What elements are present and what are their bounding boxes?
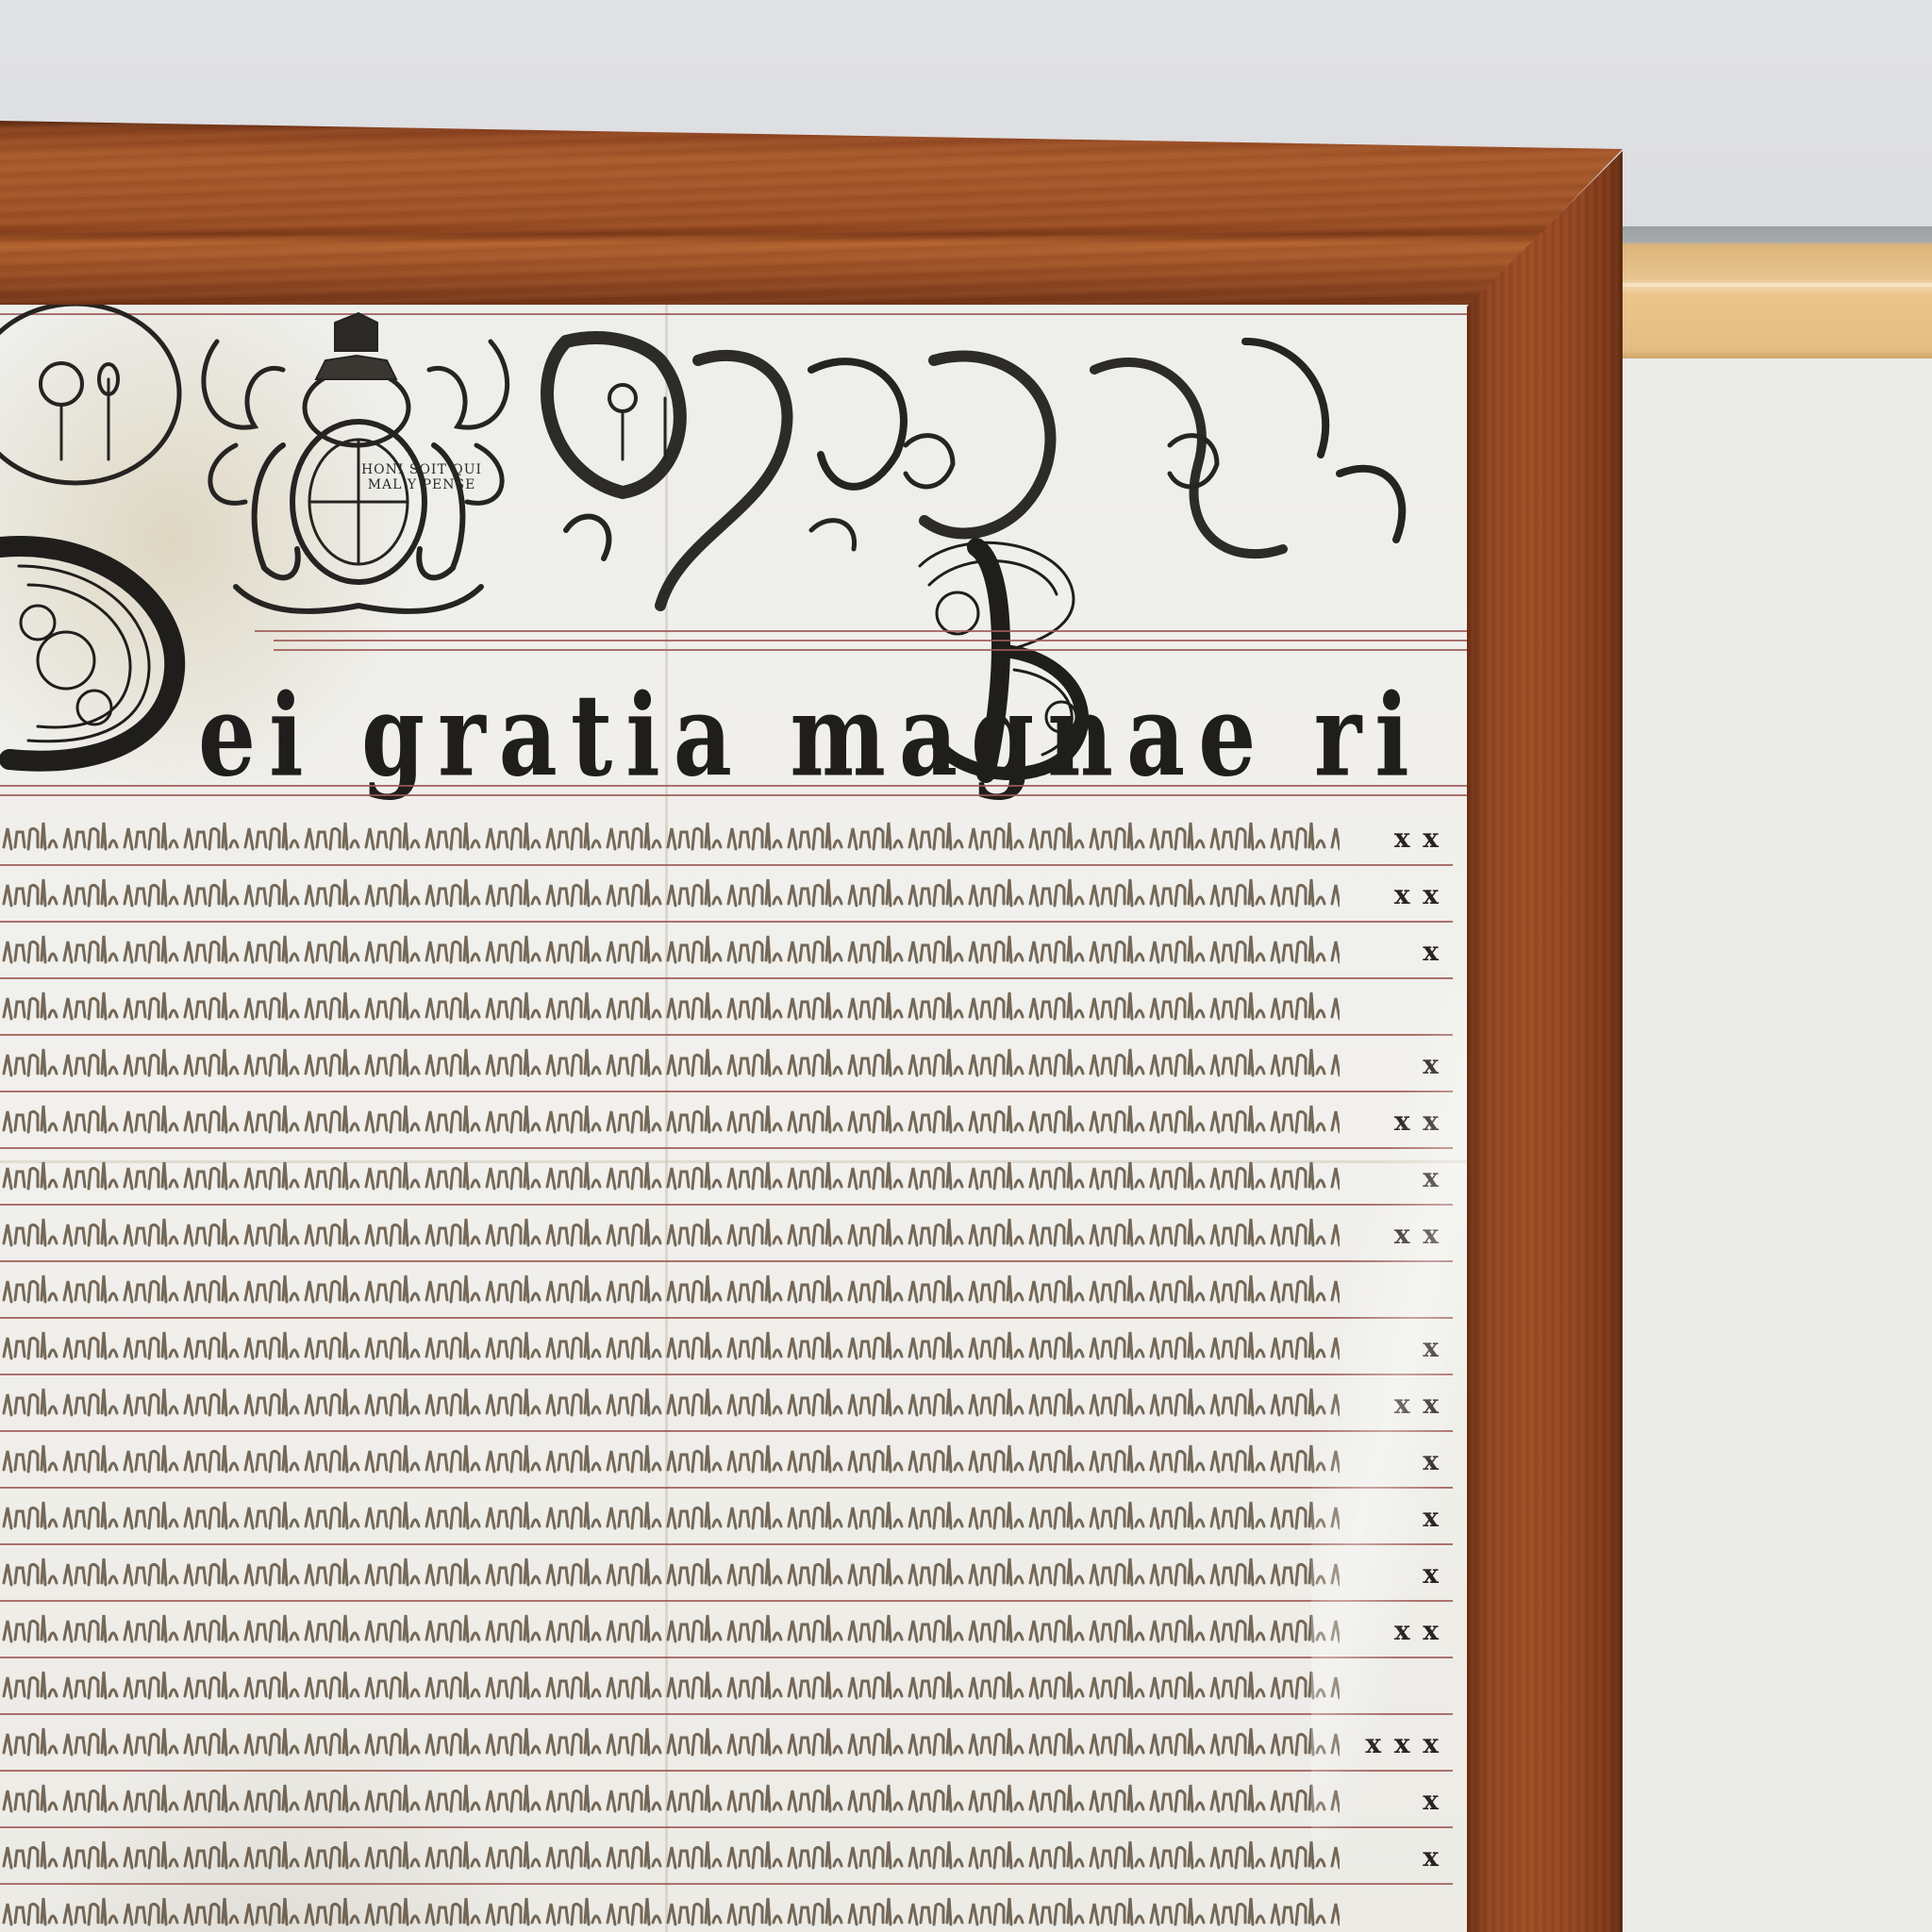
line-filler: x x: [1394, 811, 1441, 866]
line-filler: x: [1423, 924, 1441, 979]
heading-ruling-top-2: [274, 640, 1467, 641]
frame-top-rail: [0, 121, 1623, 305]
initial-letter-d: [0, 528, 198, 774]
shelf-highlight: [1604, 283, 1932, 287]
heading-ruling-bottom-2: [0, 794, 1467, 796]
heading-ruling-top-3: [274, 649, 1467, 651]
wooden-shelf: [1604, 226, 1932, 373]
frame-right-rail: [1467, 151, 1623, 1932]
engraved-header: [0, 304, 1467, 643]
wall-right: [1604, 358, 1932, 1932]
heading-ruling-top-1: [255, 630, 1467, 632]
garter-motto: HONI SOIT QUI MAL Y PENSE: [351, 462, 492, 492]
line-filler: x x: [1394, 868, 1441, 923]
heading-ruling-bottom-1: [0, 785, 1467, 787]
left-roundel: [0, 304, 179, 483]
manuscript-ink-texture: [0, 811, 1340, 1932]
glass-reflection: [1311, 991, 1467, 1840]
